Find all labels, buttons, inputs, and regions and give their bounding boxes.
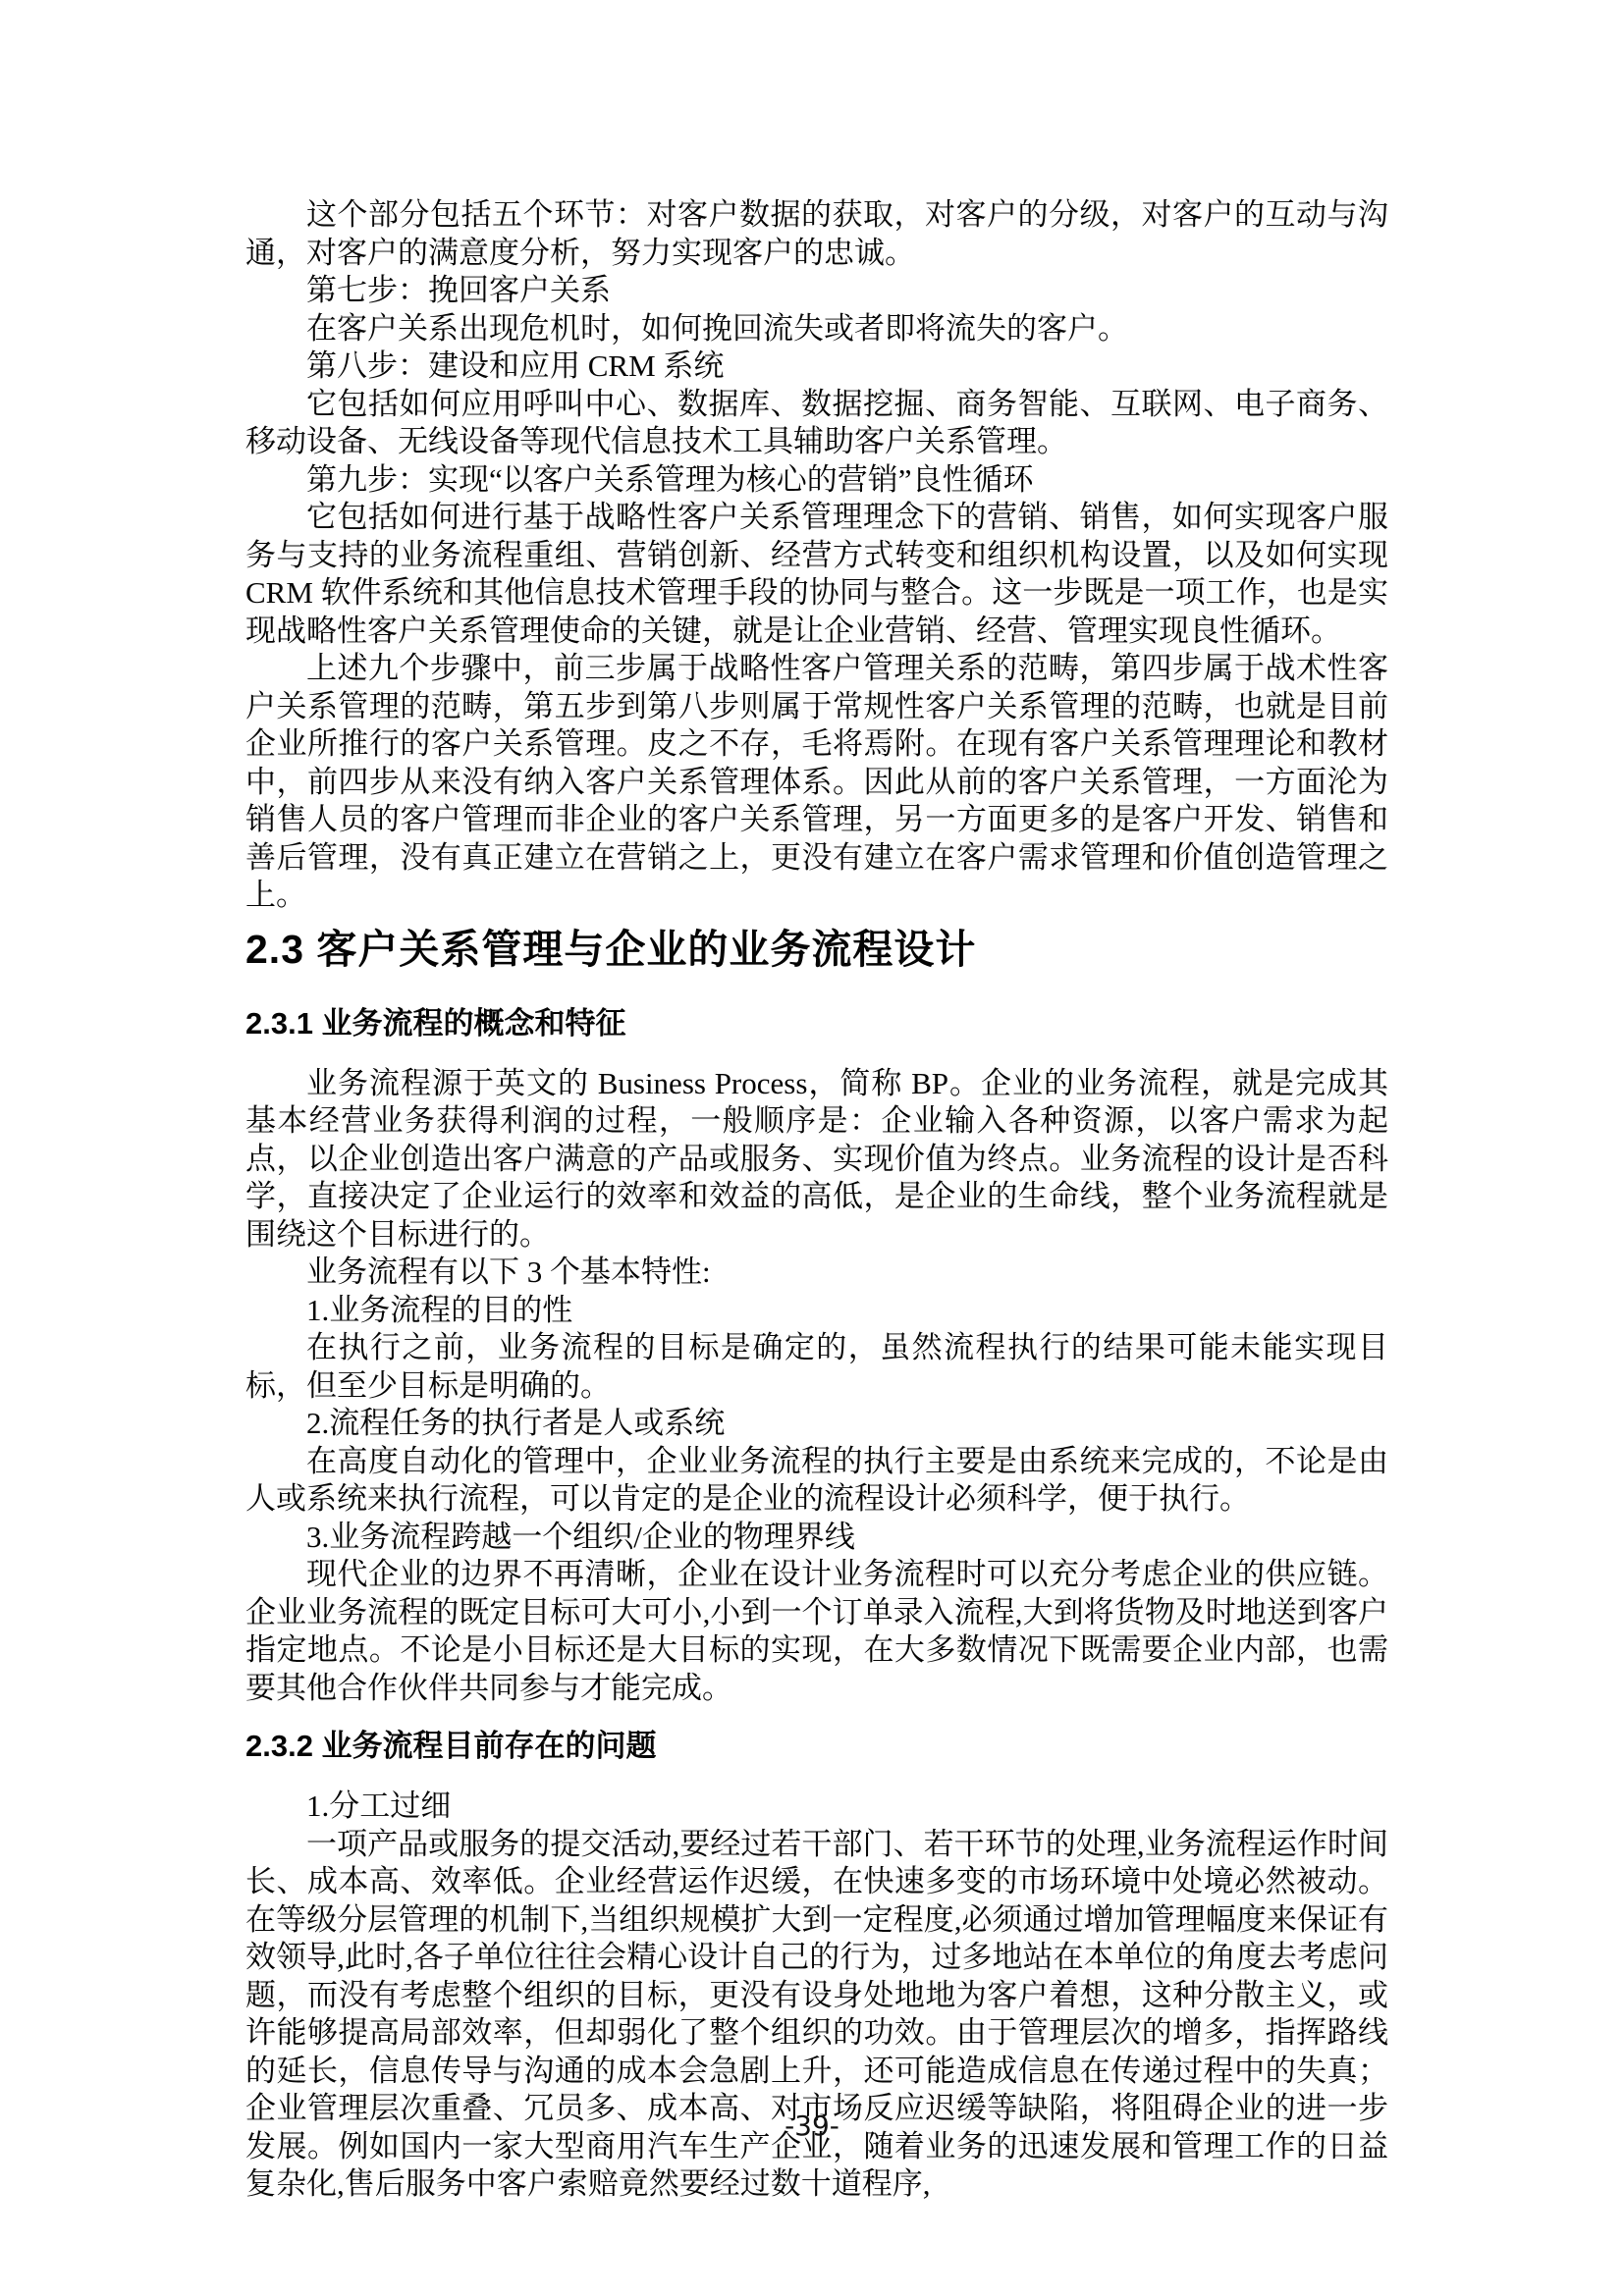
page-body-text: 这个部分包括五个环节：对客户数据的获取，对客户的分级，对客户的互动与沟通，对客户… <box>245 196 1388 2204</box>
paragraph-step9-body: 它包括如何进行基于战略性客户关系管理理念下的营销、销售，如何实现客户服务与支持的… <box>245 499 1388 650</box>
paragraph-characteristic-1-title: 1.业务流程的目的性 <box>245 1292 1388 1330</box>
paragraph-bp-definition: 业务流程源于英文的 Business Process，简称 BP。企业的业务流程… <box>245 1065 1388 1255</box>
paragraph-characteristic-2-body: 在高度自动化的管理中，企业业务流程的执行主要是由系统来完成的，不论是由人或系统来… <box>245 1443 1388 1519</box>
paragraph-characteristic-3-title: 3.业务流程跨越一个组织/企业的物理界线 <box>245 1519 1388 1557</box>
section-heading-2-3: 2.3 客户关系管理与企业的业务流程设计 <box>245 924 1388 975</box>
paragraph-crm-five-links: 这个部分包括五个环节：对客户数据的获取，对客户的分级，对客户的互动与沟通，对客户… <box>245 196 1388 272</box>
paragraph-nine-steps-summary: 上述九个步骤中，前三步属于战略性客户管理关系的范畴，第四步属于战术性客户关系管理… <box>245 650 1388 915</box>
paragraph-characteristic-3-body: 现代企业的边界不再清晰，企业在设计业务流程时可以充分考虑企业的供应链。企业业务流… <box>245 1556 1388 1707</box>
paragraph-characteristic-2-title: 2.流程任务的执行者是人或系统 <box>245 1405 1388 1443</box>
subsection-heading-2-3-1: 2.3.1 业务流程的概念和特征 <box>245 1004 1388 1043</box>
document-page: 这个部分包括五个环节：对客户数据的获取，对客户的分级，对客户的互动与沟通，对客户… <box>0 0 1624 2296</box>
paragraph-three-characteristics: 业务流程有以下 3 个基本特性: <box>245 1254 1388 1292</box>
paragraph-step7-body: 在客户关系出现危机时，如何挽回流失或者即将流失的客户。 <box>245 310 1388 348</box>
paragraph-step8-body: 它包括如何应用呼叫中心、数据库、数据挖掘、商务智能、互联网、电子商务、移动设备、… <box>245 386 1388 461</box>
paragraph-problem-1-title: 1.分工过细 <box>245 1788 1388 1826</box>
paragraph-problem-1-body: 一项产品或服务的提交活动,要经过若干部门、若干环节的处理,业务流程运作时间长、成… <box>245 1826 1388 2204</box>
paragraph-step8-title: 第八步：建设和应用 CRM 系统 <box>245 347 1388 386</box>
paragraph-step9-title: 第九步：实现“以客户关系管理为核心的营销”良性循环 <box>245 461 1388 500</box>
paragraph-step7-title: 第七步：挽回客户关系 <box>245 272 1388 310</box>
paragraph-characteristic-1-body: 在执行之前，业务流程的目标是确定的，虽然流程执行的结果可能未能实现目标，但至少目… <box>245 1329 1388 1405</box>
subsection-heading-2-3-2: 2.3.2 业务流程目前存在的问题 <box>245 1727 1388 1766</box>
page-number: -39- <box>0 2109 1624 2144</box>
